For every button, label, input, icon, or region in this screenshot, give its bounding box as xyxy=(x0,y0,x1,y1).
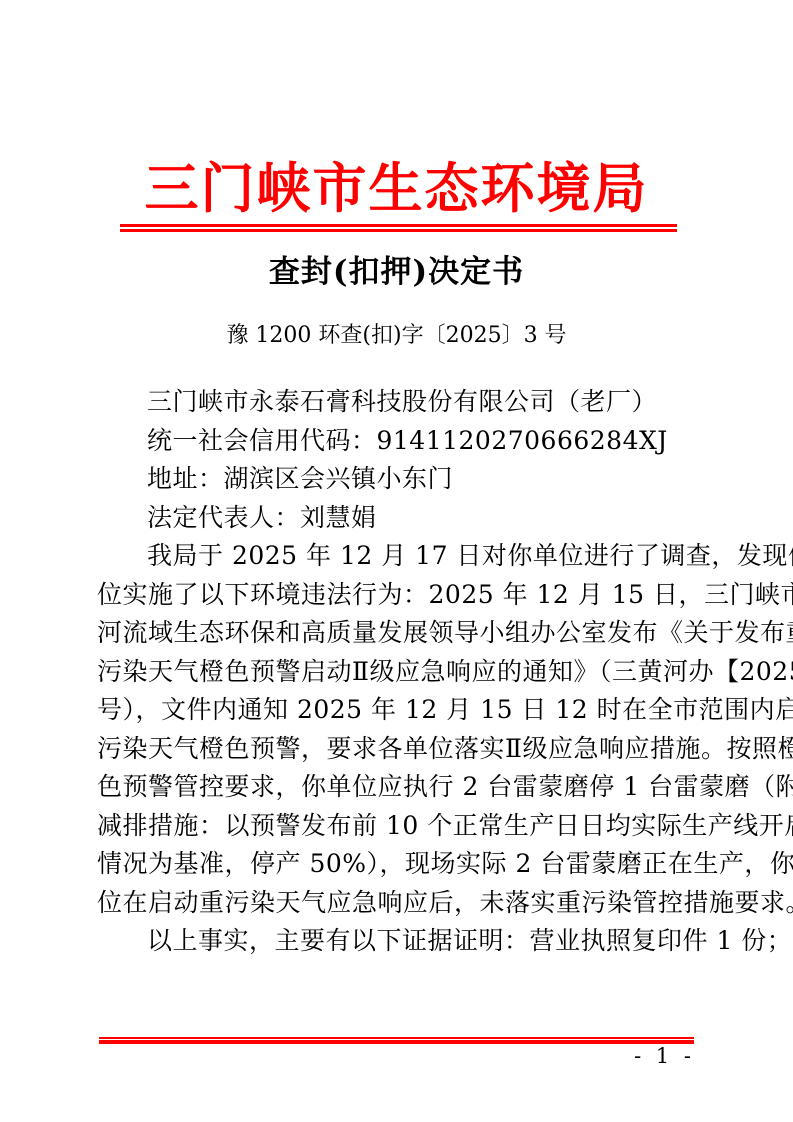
body-text-line: 号），文件内通知 2025 年 12 月 15 日 12 时在全市范围内启动重 xyxy=(97,691,701,730)
body-text-line: 河流域生态环保和高质量发展领导小组办公室发布《关于发布重 xyxy=(97,614,701,653)
body-text-line: 法定代表人：刘慧娟 xyxy=(97,499,701,538)
document-title: 查封(扣押)决定书 xyxy=(0,246,793,291)
body-text-line: 位在启动重污染天气应急响应后，未落实重污染管控措施要求。 xyxy=(97,884,701,923)
body-text-line: 污染天气橙色预警，要求各单位落实Ⅱ级应急响应措施。按照橙 xyxy=(97,730,701,769)
footer-double-rule xyxy=(99,1037,694,1044)
body-text-line: 色预警管控要求，你单位应执行 2 台雷蒙磨停 1 台雷蒙磨（附加 xyxy=(97,768,701,807)
header-double-rule xyxy=(120,224,677,232)
document-number: 豫 1200 环查(扣)字〔2025〕3 号 xyxy=(0,318,793,349)
body-text-line: 位实施了以下环境违法行为：2025 年 12 月 15 日，三门峡市黄 xyxy=(97,576,701,615)
document-page: 三门峡市生态环境局 查封(扣押)决定书 豫 1200 环查(扣)字〔2025〕3… xyxy=(0,0,793,1122)
agency-header-title: 三门峡市生态环境局 xyxy=(0,146,793,223)
body-text-line: 三门峡市永泰石膏科技股份有限公司（老厂） xyxy=(97,383,701,422)
body-text-line: 统一社会信用代码：9141120270666284XJ xyxy=(97,422,701,461)
footer-rule-thick-line xyxy=(99,1040,694,1044)
body-text-line: 我局于 2025 年 12 月 17 日对你单位进行了调查，发现你单 xyxy=(97,537,701,576)
body-text-line: 污染天气橙色预警启动Ⅱ级应急响应的通知》（三黄河办【2025】9 xyxy=(97,653,701,692)
header-rule-bottom-line xyxy=(120,229,677,232)
body-text-line: 以上事实，主要有以下证据证明：营业执照复印件 1 份；法 xyxy=(97,922,701,961)
body-text-line: 地址：湖滨区会兴镇小东门 xyxy=(97,460,701,499)
page-number: - 1 - xyxy=(634,1044,695,1068)
body-text-line: 情况为基准，停产 50%），现场实际 2 台雷蒙磨正在生产，你单 xyxy=(97,845,701,884)
document-body: 三门峡市永泰石膏科技股份有限公司（老厂）统一社会信用代码：91411202706… xyxy=(97,383,701,961)
body-text-line: 减排措施：以预警发布前 10 个正常生产日日均实际生产线开启 xyxy=(97,807,701,846)
